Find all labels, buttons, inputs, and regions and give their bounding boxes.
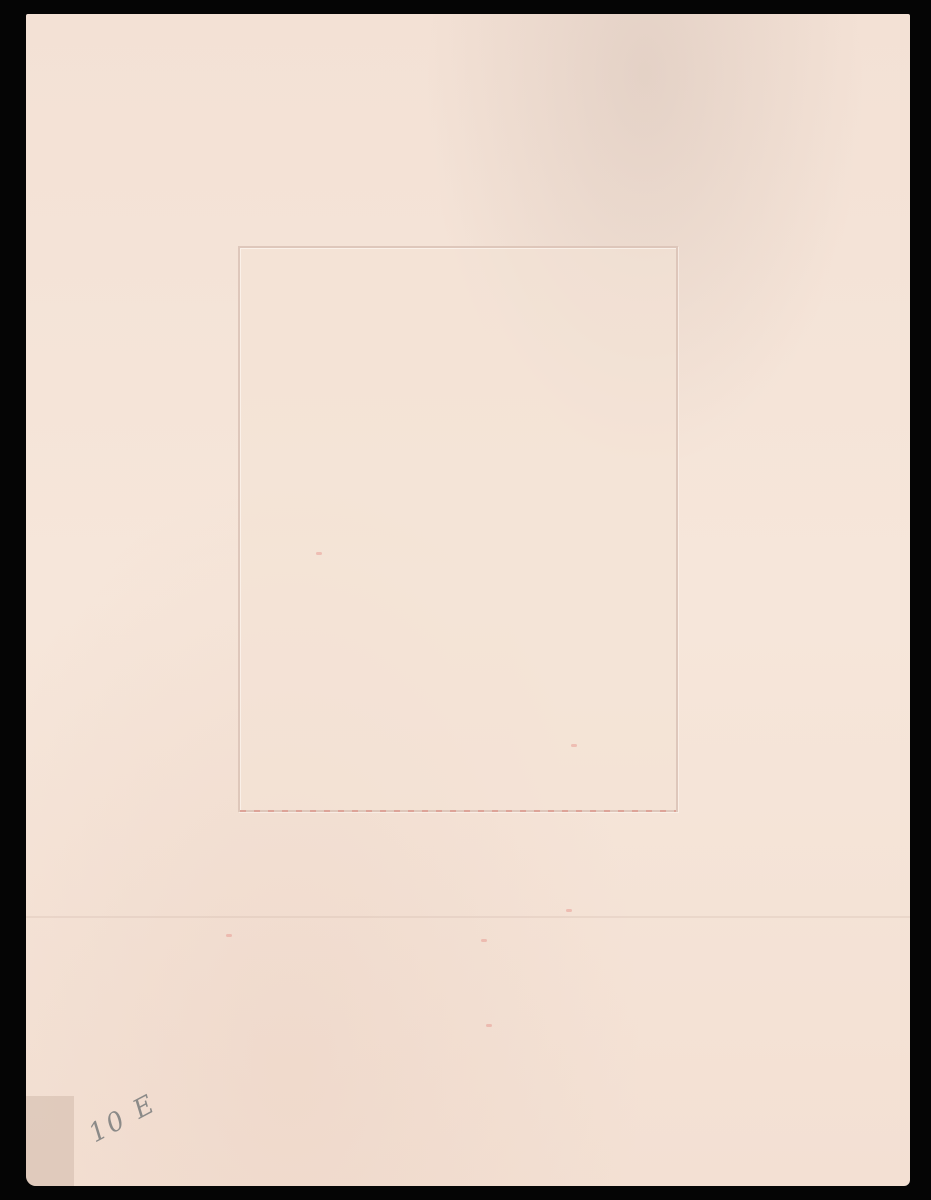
ink-speck (226, 934, 232, 937)
plate-ink-bleed (240, 810, 676, 812)
paper-sheet: 10 E (26, 14, 910, 1186)
ink-speck (571, 744, 577, 747)
ink-speck (316, 552, 322, 555)
ink-speck (486, 1024, 492, 1027)
paper-fold-line (26, 916, 910, 918)
plate-mark (238, 246, 678, 812)
ink-speck (566, 909, 572, 912)
ink-speck (481, 939, 487, 942)
corner-stain (26, 1096, 74, 1186)
pencil-note: 10 E (84, 1089, 162, 1149)
